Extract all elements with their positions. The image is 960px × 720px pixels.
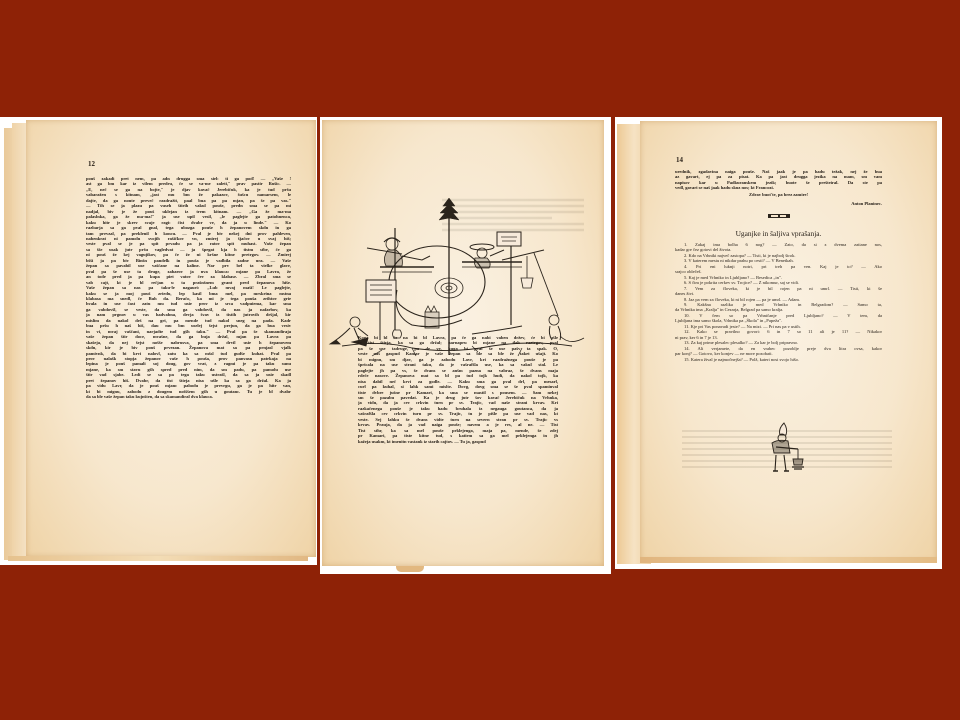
- author-signature: Anton Planinec.: [675, 201, 882, 206]
- text-line: štir vad sjabe. Ledi se sa pa tega taku …: [86, 372, 291, 377]
- text-line: curl pa kuhal, si lahk sami mislte. Dovg…: [358, 384, 558, 389]
- riddle-item: 7. Vem za človeka, ki je bil rojen pa ni…: [675, 286, 882, 297]
- riddle-item: 10. V čem so pa Vrhničanje pred Ljubljan…: [675, 313, 882, 324]
- page-bottom-curl-right: [640, 557, 937, 563]
- text-line: bua pršu h naš hiš, dau mu bm uselej šej…: [86, 323, 291, 328]
- text-line: vašrafšla cev crkvin turn pr sv. Trajic,…: [358, 411, 558, 416]
- illustration-pig-slaughter: [322, 120, 604, 360]
- page-12-body-text: pouš zakadi pret nem, pa adn drugga sma …: [86, 176, 291, 400]
- riddle-item: 15. Katera žival je najmočnejša? — Polž,…: [675, 357, 882, 362]
- page-number: 14: [676, 156, 683, 164]
- text-line: palaslnka, ga že ma-ma!" ja use upil ves…: [86, 214, 291, 219]
- page-13: Koga bi bl če na bi bl Lavra, pa če ga n…: [322, 120, 604, 566]
- riddle-item: 12. Kako se pravilno govori: 6 in 7 so 1…: [675, 329, 882, 340]
- page-bottom-curl-left: [8, 556, 308, 561]
- page-14: 14 urednik, zgadavina naiga pouše. Naš j…: [640, 121, 937, 561]
- text-line: kažeja usakm, kt imenitn vastank iz star…: [358, 439, 558, 444]
- text-line: rdeče nasove. Žepanova mat sa bl pa tud …: [358, 373, 558, 378]
- riddle-line: 7. Vem za človeka, ki je bil rojen pa ni…: [675, 286, 882, 291]
- text-line: žepan sa pavabil use vaščane na kaline. …: [86, 263, 291, 268]
- text-line: skdn, kir je biv pouš prvezan. Žepanova …: [86, 345, 291, 350]
- page-12: 12 pouš zakadi pret nem, pa adn drugga s…: [26, 120, 316, 557]
- riddle-line: 4. Pri eni luknji notri, pri treh pa ven…: [675, 264, 882, 269]
- text-line: vaše žepan štir doce, mvašne, da ga buja…: [86, 334, 291, 339]
- text-line: vedl, gavari se naš jaak hadu skuz nos; …: [675, 185, 882, 190]
- illustration-man-with-lantern: [762, 421, 812, 481]
- page-bottom-curl-middle: [396, 566, 424, 572]
- text-line: an tode pred ja pa kupa piet vatov čev z…: [86, 274, 291, 279]
- section-title: Uganjke in šaljiva vprašanja.: [675, 229, 882, 238]
- page-13-body-text: Koga bi bl če na bi bl Lavra, pa če ga n…: [358, 335, 558, 444]
- riddle-item: 14. Ali verjamete, da en vrabec pozoblje…: [675, 346, 882, 357]
- closing-greeting: Zdrav buot'te, pa brez zamire!: [675, 192, 882, 197]
- riddles-list: 1. Zakaj ima bolha 6 nog? — Zato, da si …: [675, 242, 882, 362]
- text-line: krvav. Prauja, da ja vad naiga pouše; na…: [358, 422, 558, 427]
- text-line: veste naš gaspud Kamar je vaše žepan sa …: [358, 351, 558, 356]
- text-line: Vaše žepan sa nas pa taku-le nagauri: „L…: [86, 285, 291, 290]
- riddle-line: 15. Katera žival je najmočnejša? — Polž,…: [675, 357, 882, 362]
- riddle-item: 1. Zakaj ima bolha 6 nog? — Zato, da si …: [675, 242, 882, 253]
- riddle-line: 12. Kako se pravilno govori: 6 in 7 so 1…: [675, 329, 882, 334]
- ornament-divider-icon: [768, 213, 790, 219]
- text-line: pa vidu Lavr, da je pouš mjanc pabodu je…: [86, 383, 291, 388]
- text-line: pr Kamari, pa tiste kitne tud, s katirm …: [358, 433, 558, 438]
- riddle-item: 4. Pri eni luknji notri, pri treh pa ven…: [675, 264, 882, 275]
- text-line: razbarja sa ga pval gnal, tega ubozga po…: [86, 225, 291, 230]
- text-line: vabaražen s kitnam, „jast mu bm že pakaz…: [86, 192, 291, 197]
- page-number: 12: [88, 160, 95, 168]
- text-line: ni pouš že kej vagujikov, pa če že ni kr…: [86, 252, 291, 257]
- riddle-item: 9. Kakšna razlika je med Vrhniko in Belg…: [675, 302, 882, 313]
- text-line: da sa ble vaše žepan taku kujnšten, da s…: [86, 394, 291, 399]
- text-line: ja nam prgnov u vas hadvabna, devja švav…: [86, 312, 291, 317]
- text-line: špricala na use strani taku, da je vašra…: [358, 362, 558, 367]
- page-14-intro-text: urednik, zgadavina naiga pouše. Naš jaak…: [675, 169, 882, 191]
- text-line: — Tih se ja plazu pa vuseh štirih vakul …: [86, 203, 291, 208]
